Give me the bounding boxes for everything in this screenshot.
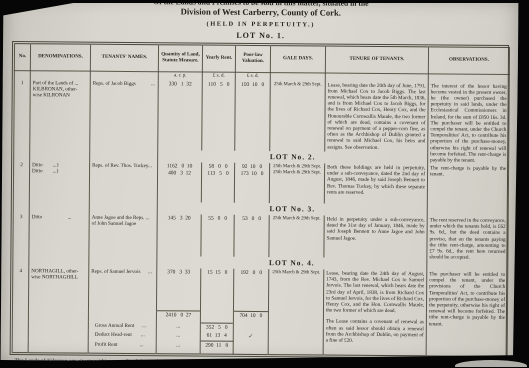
cell-rent: 15 15 0: [200, 269, 233, 311]
rental-table-frame: No. DENOMINATIONS. TENANTS' NAMES. Quant…: [10, 41, 509, 359]
cell-no: 3: [13, 213, 29, 255]
cell-observations: The rent reserved in the conveyance, und…: [427, 216, 508, 271]
cell-denomination: Ditto ...: [29, 213, 89, 255]
rental-table: No. DENOMINATIONS. TENANTS' NAMES. Quant…: [12, 43, 510, 357]
cell-no: 1: [14, 79, 31, 149]
cell-tenure: Both these holdings are held in perpetui…: [324, 164, 427, 205]
cell-denomination: Ditto ...} Ditto ...}: [29, 161, 89, 201]
table-row: 1 Part of the Lands of ... KILBRONAN, ot…: [14, 79, 510, 153]
col-header-yearly-rent: Yearly Rent.: [202, 45, 235, 72]
profit-qty-dots: ...: [156, 341, 200, 354]
table-row: 2 Ditto ...} Ditto ...} Reps. of Rev. Th…: [13, 161, 508, 205]
table-row: 3 Ditto ... Anne Jagoe and the Reps. ...…: [13, 213, 508, 259]
deduct-qty-dots: ...: [156, 331, 200, 341]
page-curl-sliver: [455, 360, 527, 367]
header-tenure-note: (HELD IN PERPETUITY.): [3, 19, 518, 30]
deduct-head-rent-label: Deduct Head-rent ...: [88, 331, 156, 341]
col-header-tenants-names: TENANTS' NAMES.: [90, 44, 158, 72]
units-rent: £ s. d.: [202, 72, 235, 80]
cell-tenure: Lease, bearing date the 24th day of Augu…: [323, 270, 427, 356]
cell-quantity: 330 1 32: [158, 80, 203, 151]
cell-gale-days: 25th March & 29th Sept.: [270, 81, 326, 152]
cell-observations: The interest of the lessor having become…: [428, 82, 510, 165]
cell-gale-days: 25th March & 29th Sept.: [268, 269, 324, 355]
cell-denomination: Part of the Lands of ... KILBRONAN, othe…: [30, 79, 91, 150]
col-header-tenure: TENURE OF TENANTS.: [325, 46, 428, 74]
cell-tenure: Held in perpetuity under a sub-conveyanc…: [324, 216, 427, 259]
cell-gale-days: 25th March & 29th Sept. 25th March & 29t…: [269, 163, 324, 203]
gross-annual-rent-value: 352 5 0: [200, 323, 233, 332]
tenure-paragraph-2: The Lease contains a covenant of renewal…: [326, 319, 424, 345]
lot-1-heading: LOT No. 1.: [3, 29, 518, 42]
gross-qty-dots: ...: [156, 322, 200, 331]
deduct-head-rent-value: 61 13 4: [200, 332, 233, 342]
check-mark: ✓: [248, 333, 253, 340]
cell-valuation: 192 0 0: [233, 269, 268, 311]
quantity-total: 2410 0 27: [156, 310, 200, 322]
document-header: Of the Lands and Premises to be sold in …: [3, 0, 518, 42]
table-row: 4 NORTHAGILL, other- wise NORTHAGHILL Re…: [12, 267, 507, 313]
cell-rent: 110 5 0: [202, 80, 236, 151]
cell-valuation: 53 0 0: [234, 215, 269, 257]
cell-tenure: Lease, bearing date the 20th day of June…: [325, 81, 429, 152]
col-header-observations: OBSERVATIONS.: [428, 47, 509, 75]
cell-rent: 58 0 0 113 5 0: [201, 163, 234, 203]
col-header-quantity: Quantity of Land, Statute Measure.: [158, 45, 202, 72]
valuation-total: 704 10 0: [233, 311, 268, 323]
cell-rent: 55 0 0: [201, 215, 234, 257]
cell-observations: The rent-charge is payable by the tenant…: [427, 164, 508, 217]
col-header-gale-days: GALE DAYS.: [270, 46, 325, 73]
paper-sheet: Of the Lands and Premises to be sold in …: [1, 0, 519, 364]
cell-quantity: 370 3 33: [156, 268, 200, 310]
col-header-no: No.: [14, 44, 30, 71]
cell-quantity: 1162 0 10 400 3 12: [157, 162, 201, 202]
units-valuation: £ s. d.: [235, 72, 270, 80]
profit-rent-value: 290 11 8: [200, 341, 233, 354]
cell-denomination: NORTHAGILL, other- wise NORTHAGHILL: [28, 267, 88, 309]
cell-no: 2: [13, 161, 29, 201]
cell-observations: The purchaser will be entitled to compel…: [426, 270, 508, 356]
col-header-denominations: DENOMINATIONS.: [30, 44, 90, 71]
scanned-page: Of the Lands and Premises to be sold in …: [0, 0, 529, 368]
cell-gale-days: 25th March & 29th Sept.: [269, 215, 324, 257]
tenure-paragraph-1: Lease, bearing date the 24th day of Augu…: [326, 271, 424, 315]
cell-valuation: 92 10 0 173 10 0: [234, 163, 269, 203]
profit-rent-label: Profit Rent ...: [88, 340, 156, 354]
cell-tenant: Reps. of Samuel Jervois ...: [88, 268, 156, 311]
col-header-poor-law-valuation: Poor-law Valuation.: [235, 45, 270, 72]
cell-valuation: 193 10 0: [235, 80, 271, 151]
cell-no: 4: [12, 267, 28, 309]
cell-tenant: Reps. of Jacob Biggs ...: [90, 79, 159, 150]
table-header-row: No. DENOMINATIONS. TENANTS' NAMES. Quant…: [14, 44, 509, 75]
cell-quantity: 145 3 20: [157, 214, 201, 256]
cell-tenant: Reps. of Rev. Thos. Tuckey...: [89, 162, 157, 203]
cell-tenant: Anne Jagoe and the Reps. ... of John Sam…: [89, 214, 157, 257]
